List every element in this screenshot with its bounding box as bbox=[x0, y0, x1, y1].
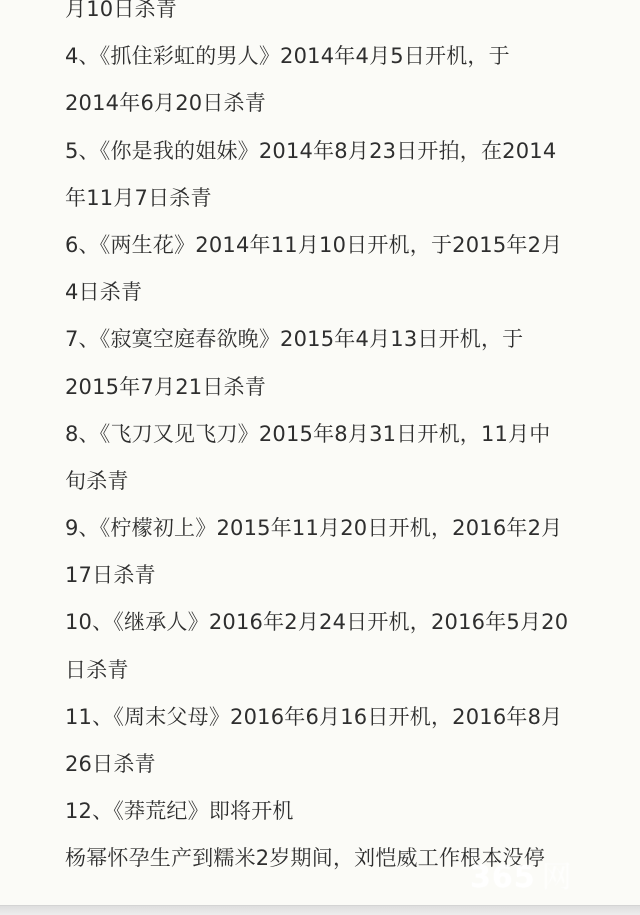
text-line: 5、《你是我的姐妹》2014年8月23日开拍，在2014 bbox=[65, 128, 585, 175]
text-line: 旬杀青 bbox=[65, 458, 585, 505]
document-body: 月10日杀青 4、《抓住彩虹的男人》2014年4月5日开机，于 2014年6月2… bbox=[65, 0, 585, 883]
text-line: 17日杀青 bbox=[65, 552, 585, 599]
text-line: 8、《飞刀又见飞刀》2015年8月31日开机，11月中 bbox=[65, 411, 585, 458]
text-line: 11、《周末父母》2016年6月16日开机，2016年8月 bbox=[65, 694, 585, 741]
text-line: 12、《莽荒纪》即将开机 bbox=[65, 788, 585, 835]
watermark-text: 365 bbox=[470, 860, 536, 895]
text-line: 9、《柠檬初上》2015年11月20日开机，2016年2月 bbox=[65, 505, 585, 552]
text-line: 4、《抓住彩虹的男人》2014年4月5日开机，于 bbox=[65, 33, 585, 80]
text-line: 4日杀青 bbox=[65, 269, 585, 316]
bottom-bar bbox=[0, 905, 640, 915]
text-line: 7、《寂寞空庭春欲晚》2015年4月13日开机，于 bbox=[65, 316, 585, 363]
watermark-suffix: 网 bbox=[542, 860, 573, 895]
text-line: 26日杀青 bbox=[65, 741, 585, 788]
text-line: 2015年7月21日杀青 bbox=[65, 364, 585, 411]
text-line: 年11月7日杀青 bbox=[65, 175, 585, 222]
text-line: 10、《继承人》2016年2月24日开机，2016年5月20 bbox=[65, 599, 585, 646]
watermark: 365网 bbox=[470, 852, 573, 896]
text-line: 2014年6月20日杀青 bbox=[65, 80, 585, 127]
text-line: 日杀青 bbox=[65, 647, 585, 694]
text-line: 6、《两生花》2014年11月10日开机，于2015年2月 bbox=[65, 222, 585, 269]
text-line: 月10日杀青 bbox=[65, 0, 585, 33]
